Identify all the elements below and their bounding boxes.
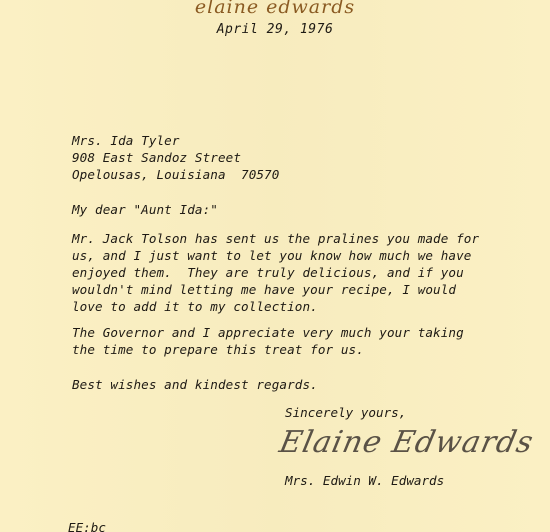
body-line: The Governor and I appreciate very much … [72, 324, 464, 341]
handwritten-signature: Elaine Edwards [276, 425, 537, 460]
body-line: enjoyed them. They are truly delicious, … [72, 264, 479, 281]
body-line: Mr. Jack Tolson has sent us the pralines… [72, 230, 479, 247]
body-line: the time to prepare this treat for us. [72, 341, 464, 358]
closing: Sincerely yours, [285, 405, 406, 420]
recipient-name: Mrs. Ida Tyler [72, 132, 279, 149]
body-line: us, and I just want to let you know how … [72, 247, 479, 264]
body-paragraph-1: Mr. Jack Tolson has sent us the pralines… [72, 230, 479, 315]
typed-name: Mrs. Edwin W. Edwards [285, 473, 444, 488]
body-paragraph-2: The Governor and I appreciate very much … [72, 324, 464, 358]
recipient-street: 908 East Sandoz Street [72, 149, 279, 166]
recipient-address: Mrs. Ida Tyler908 East Sandoz StreetOpel… [72, 132, 279, 183]
reference-initials: EE:bc [68, 520, 106, 532]
body-line: love to add it to my collection. [72, 298, 479, 315]
recipient-city: Opelousas, Louisiana 70570 [72, 166, 279, 183]
body-paragraph-3: Best wishes and kindest regards. [72, 376, 318, 393]
letter-date: April 29, 1976 [0, 22, 550, 37]
salutation: My dear "Aunt Ida:" [72, 201, 218, 218]
letterhead-name: elaine edwards [0, 0, 550, 18]
body-line: wouldn't mind letting me have your recip… [72, 281, 479, 298]
